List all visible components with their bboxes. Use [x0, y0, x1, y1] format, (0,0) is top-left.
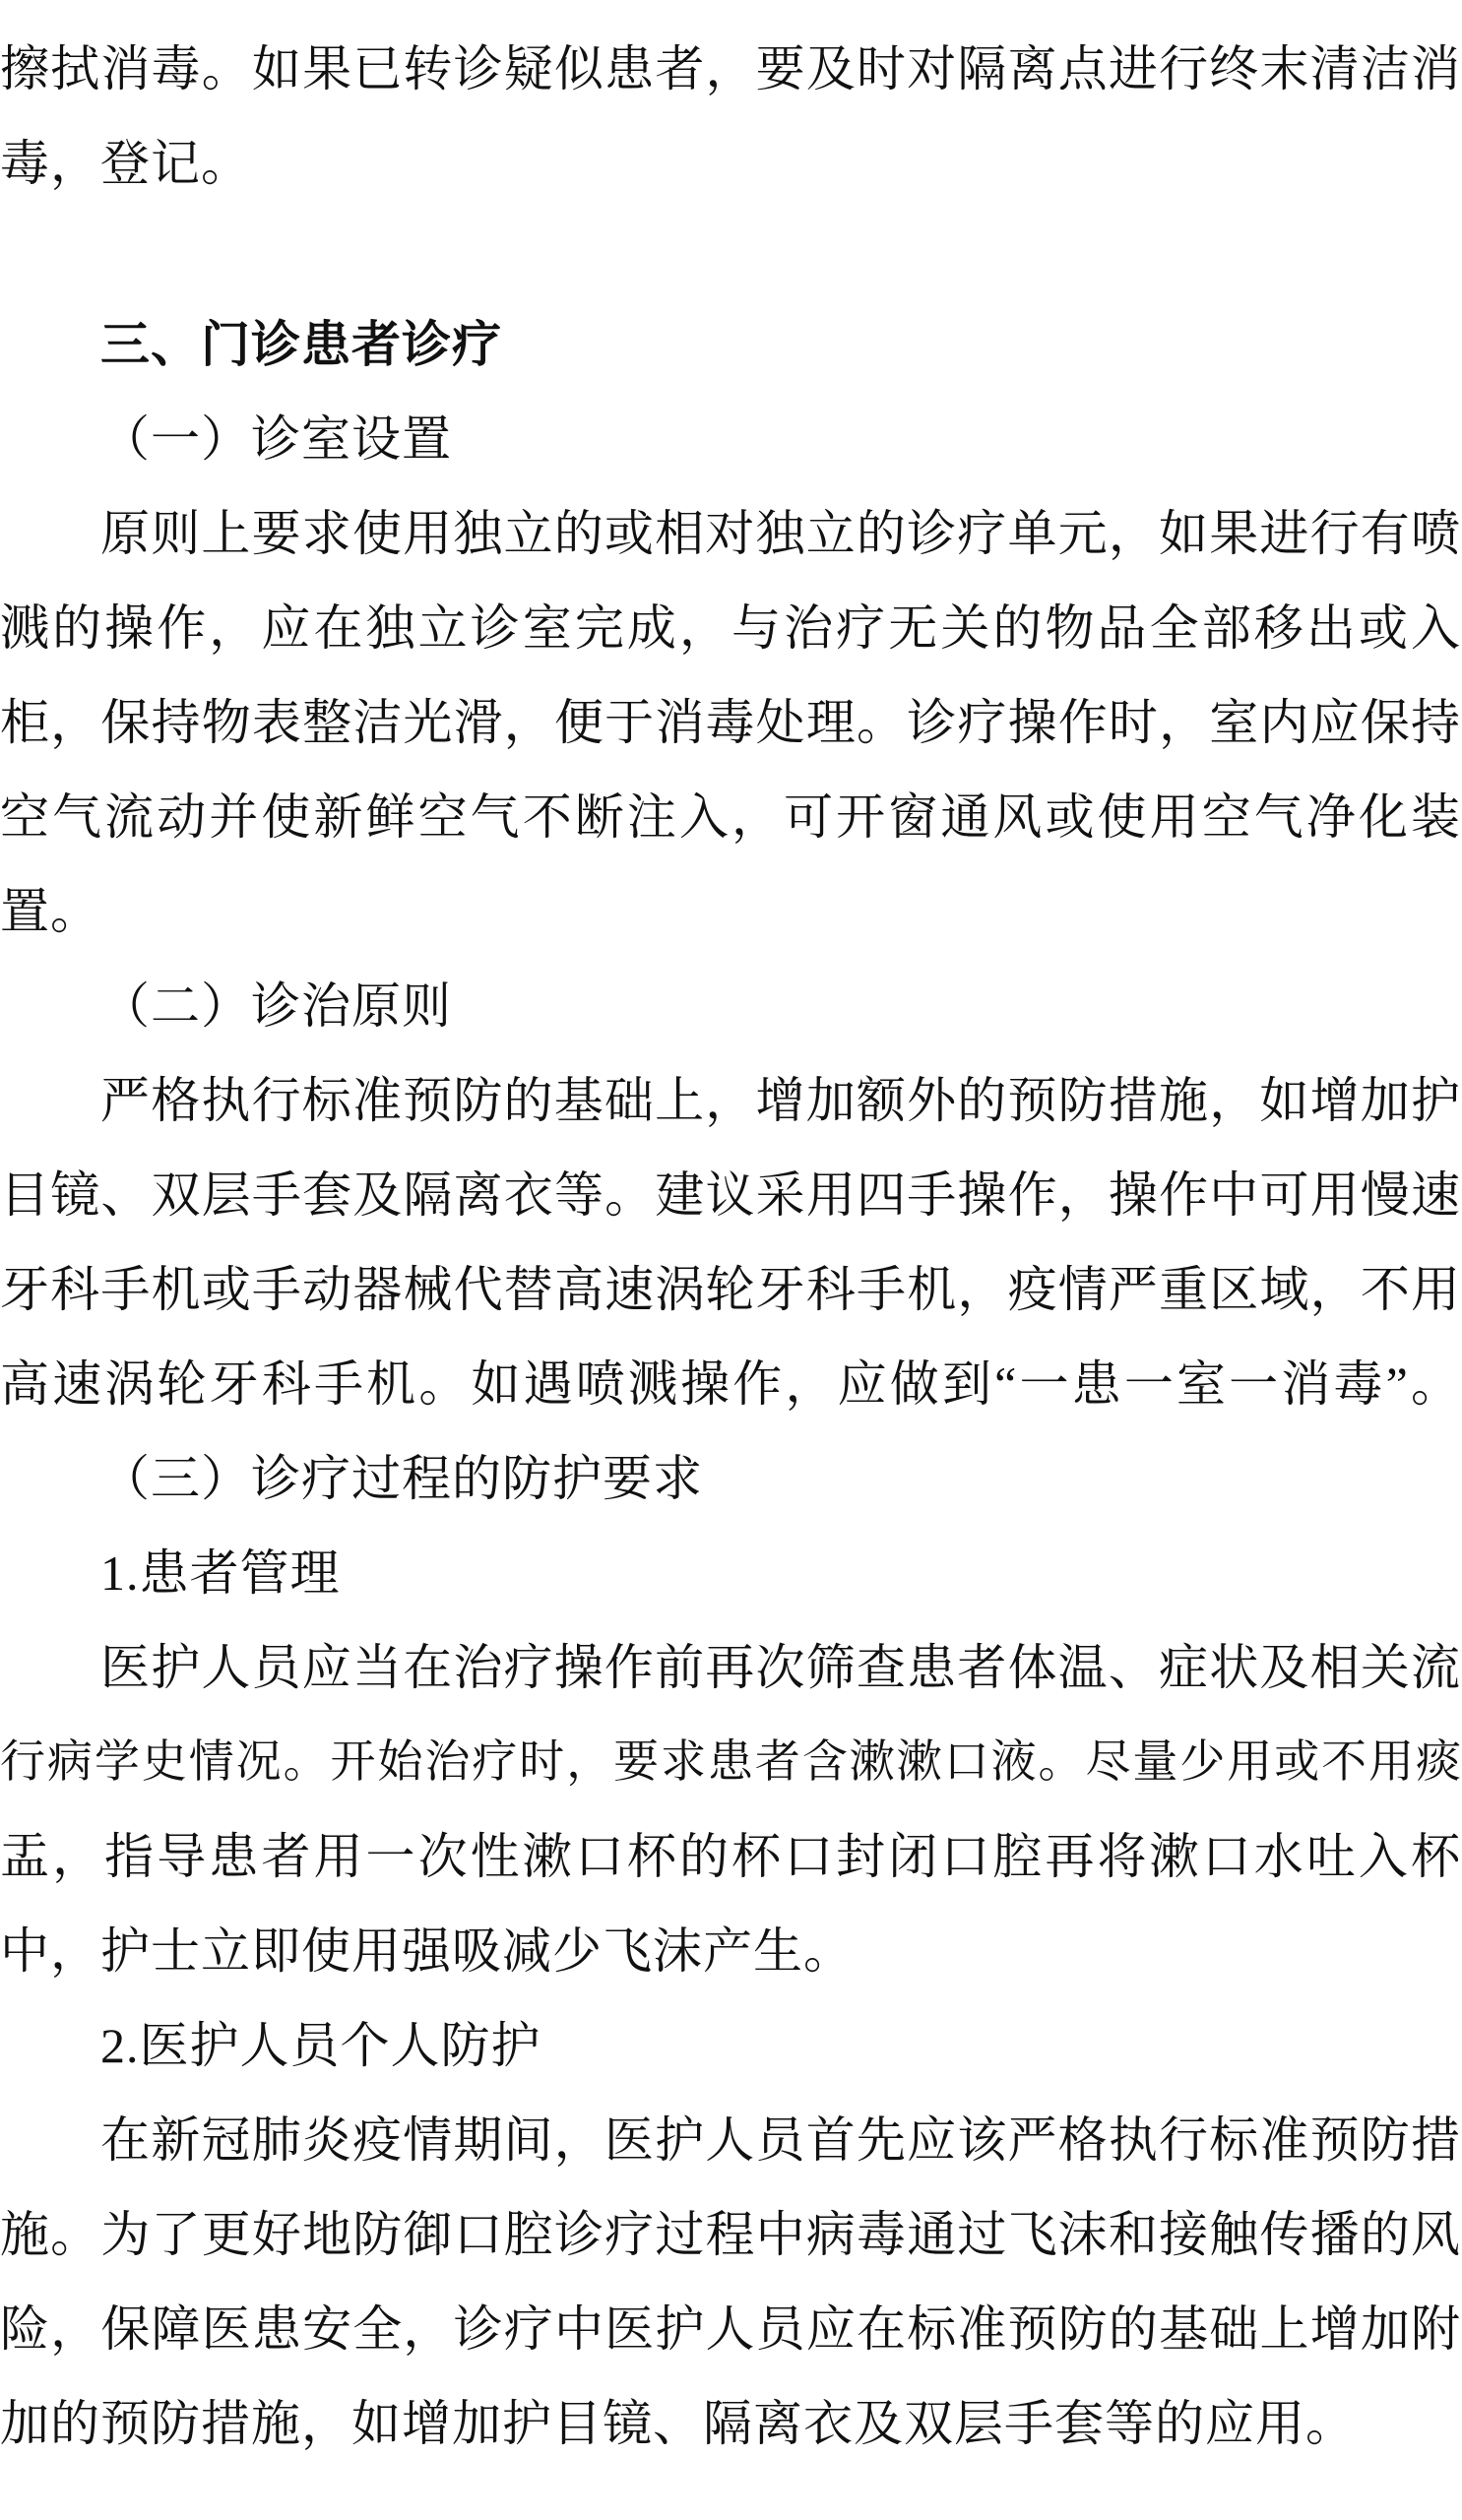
text-line: 1.患者管理 [0, 1526, 1460, 1620]
text-line: （一）诊室设置 [0, 392, 1460, 486]
text-line: （二）诊治原则 [0, 959, 1460, 1053]
text-line: 柜，保持物表整洁光滑，便于消毒处理。诊疗操作时，室内应保持 [0, 675, 1460, 770]
text-line: 严格执行标准预防的基础上，增加额外的预防措施，如增加护 [0, 1053, 1460, 1148]
text-line: 置。 [0, 864, 1460, 959]
text-line: 原则上要求使用独立的或相对独立的诊疗单元，如果进行有喷 [0, 486, 1460, 581]
text-line: 行病学史情况。开始治疗时，要求患者含漱漱口液。尽量少用或不用痰 [0, 1715, 1460, 1809]
text-line: 2.医护人员个人防护 [0, 1998, 1460, 2093]
text-line: 险，保障医患安全，诊疗中医护人员应在标准预防的基础上增加附 [0, 2282, 1460, 2376]
text-line: 牙科手机或手动器械代替高速涡轮牙科手机，疫情严重区域，不用 [0, 1242, 1460, 1337]
text-line: 擦拭消毒。如果已转诊疑似患者，要及时对隔离点进行终末清洁消 [0, 22, 1460, 116]
text-line: 空气流动并使新鲜空气不断注入，可开窗通风或使用空气净化装 [0, 770, 1460, 864]
text-line: 医护人员应当在治疗操作前再次筛查患者体温、症状及相关流 [0, 1620, 1460, 1715]
text-line: 毒，登记。 [0, 116, 1460, 211]
text-line: 高速涡轮牙科手机。如遇喷溅操作，应做到“一患一室一消毒”。 [0, 1337, 1460, 1431]
document-page: 擦拭消毒。如果已转诊疑似患者，要及时对隔离点进行终末清洁消毒，登记。三、门诊患者… [0, 0, 1462, 2520]
document-body: 擦拭消毒。如果已转诊疑似患者，要及时对隔离点进行终末清洁消毒，登记。三、门诊患者… [0, 22, 1460, 2471]
text-line: 盂，指导患者用一次性漱口杯的杯口封闭口腔再将漱口水吐入杯 [0, 1809, 1460, 1904]
text-line: 溅的操作，应在独立诊室完成，与治疗无关的物品全部移出或入 [0, 581, 1460, 675]
text-line: 中，护士立即使用强吸减少飞沫产生。 [0, 1904, 1460, 1998]
section-heading: 三、门诊患者诊疗 [0, 297, 1460, 392]
text-line: 施。为了更好地防御口腔诊疗过程中病毒通过飞沫和接触传播的风 [0, 2187, 1460, 2282]
text-line: 加的预防措施，如增加护目镜、隔离衣及双层手套等的应用。 [0, 2376, 1460, 2471]
text-line: 目镜、双层手套及隔离衣等。建议采用四手操作，操作中可用慢速 [0, 1148, 1460, 1242]
text-line: （三）诊疗过程的防护要求 [0, 1431, 1460, 1526]
text-line: 在新冠肺炎疫情期间，医护人员首先应该严格执行标准预防措 [0, 2093, 1460, 2187]
